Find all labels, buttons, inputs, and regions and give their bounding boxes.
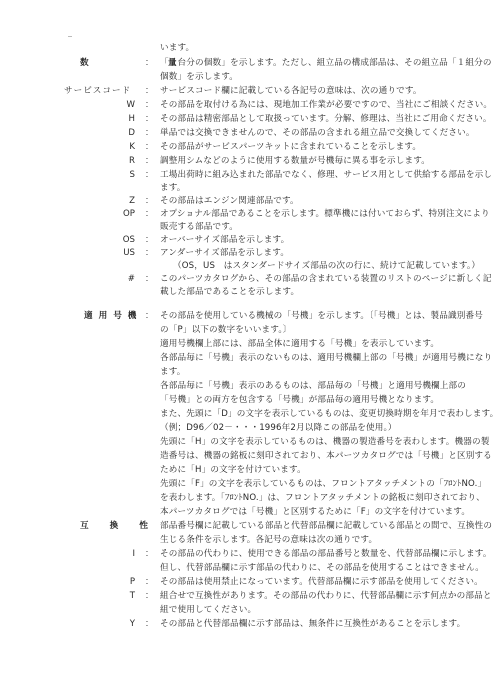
serial-line: ます。 [160,367,186,378]
serial-line: また、先頭に「D」の文字を表示しているものは、変更切換時期を年月で表わします。 [160,409,494,420]
serial-line: ために「H」の文字を付けています。 [160,465,306,476]
code-H: H [95,114,135,125]
code-OP: OP [95,209,135,220]
serial-line: 各部品毎に「号機」表示のないものは、適用号機欄上部の「号機」が適用号機になり [160,353,492,364]
colon: ： [145,100,154,111]
code-desc: その部品がサービスパーツキットに含まれていることを示します。 [160,142,421,153]
colon: ： [145,619,154,630]
serial-line: の「P」以下の数字をいいます。〕 [160,325,292,336]
colon: ： [145,577,154,588]
label-service-code: サービスコード [64,86,131,97]
code-desc: その部品は使用禁止になっています。代替部品欄に示す部品を使用してください。 [160,577,483,588]
serial-line: 適用号機欄上部には、部品全体に適用する「号機」を表示しています。 [160,339,439,350]
code-desc: 載した部品であることを示します。 [160,287,299,298]
interchange-intro: 生じる条件を示します。各記号の意味は次の通りです。 [160,535,377,546]
code-W: W [95,100,135,111]
code-desc: オーバーサイズ部品を示します。 [160,235,289,246]
code-desc: その部品はエンジン関連部品です。 [160,196,299,207]
serial-line: を表わします。「ﾌﾛﾝﾄNO.」は、フロントアタッチメントの銘板に刻印されており… [160,493,485,504]
code-T: T [95,591,135,602]
serial-line: 先頭に「F」の文字を表示しているものは、フロントアタッチメントの「ﾌﾛﾝﾄNO.… [160,479,486,490]
code-K: K [95,142,135,153]
label-interchangeability: 互換性 [80,521,169,532]
code-desc: 調整用シムなどのように使用する数量が号機毎に異る事を示します。 [160,156,430,167]
code-desc: 販売する部品です。 [160,222,238,233]
serial-line: 造番号は、機器の銘板に刻印されており、本パーツカタログでは「号機」と区別する [160,451,492,462]
code-desc: このパーツカタログから、その部品の含まれている装置のリストのページに新しく記 [160,274,492,285]
colon: ： [145,521,154,532]
serial-line: 「号機」との両方を包含する「号機」が部品毎の適用号機となります。 [160,395,439,406]
label-applicable-serial: 適用号機 [84,311,142,322]
code-P: P [95,577,135,588]
colon: ： [145,235,154,246]
serial-line: （例；D96／02－・・・1996年2月以降この部品を使用。） [160,423,397,434]
colon: ： [145,156,154,167]
colon: ： [145,114,154,125]
interchange-intro: 部品番号欄に記載している部品と代替部品欄に記載している部品との間で、互換性の [160,521,492,532]
code-OS: OS [95,235,135,246]
colon: ： [145,591,154,602]
colon: ： [145,274,154,285]
quantity-line: 「１台分の個数」を示します。ただし、組立品の構成部品は、その組立品「１組分の [160,58,492,69]
code-hash: # [95,274,135,285]
colon: ： [145,209,154,220]
code-desc: その部品を取付ける為には、現地加工作業が必要ですので、当社にご相談ください。 [160,100,492,111]
code-desc: 工場出荷時に組み込まれた部品でなく、修理、サービス用として供給する部品を示し [160,170,492,181]
code-desc: アンダーサイズ部品を示します。 [160,248,289,259]
serial-line: その部品を使用している機械の「号機」を示します。〔「号機」とは、製品識別番号 [160,311,483,322]
code-desc: 組で使用してください。 [160,605,256,616]
service-code-intro: サービスコード欄に記載している各記号の意味は、次の通りです。 [160,86,422,97]
colon: ： [145,248,154,259]
code-Z: Z [95,196,135,207]
code-desc: その部品と代替部品欄に示す部品は、無条件に互換性があることを示します。 [160,619,465,630]
code-Y: Y [95,619,135,630]
code-desc: 但し、代替部品欄に示す部品の代わりに、その部品を使用することはできません。 [160,563,484,574]
code-S: S [95,170,135,181]
serial-line: 先頭に「H」の文字を表示しているものは、機器の製造番号を表わします。機器の製 [160,437,489,448]
scan-mark [68,36,72,37]
colon: ： [145,196,154,207]
page-fragment: います。 [160,43,194,54]
quantity-line: 個数」を示します。 [160,72,238,83]
code-D: D [95,128,135,139]
colon: ： [145,128,154,139]
colon: ： [145,142,154,153]
colon: ： [145,86,154,97]
colon: ： [145,311,154,322]
colon: ： [145,549,154,560]
code-I: I [95,549,135,560]
code-desc: 組合せで互換性があります。その部品の代わりに、代替部品欄に示す何点かの部品と [160,591,492,602]
code-desc: オプショナル部品であることを示します。標準機には付いておらず、特別注文により [160,209,490,220]
colon: ： [145,170,154,181]
serial-line: 本パーツカタログでは「号機」と区別するために「F」の文字を付けています。 [160,507,470,518]
code-desc: （OS，US はスタンダードサイズ部品の次の行に、続けて記載しています。） [173,261,480,272]
code-desc: その部品は精密部品として取扱っています。分解、修理は、当社にご用命ください。 [160,114,492,125]
colon: ： [145,58,154,69]
serial-line: 各部品毎に「号機」表示のあるものは、部品毎の「号機」と適用号機欄上部の [160,381,466,392]
code-desc: 単品では交換できませんので、その部品の含まれる組立品で交換してください。 [160,128,475,139]
code-desc: ます。 [160,183,186,194]
code-US: US [95,248,135,259]
code-R: R [95,156,135,167]
code-desc: その部品の代わりに、使用できる部品の部品番号と数量を、代替部品欄に示します。 [160,549,492,560]
